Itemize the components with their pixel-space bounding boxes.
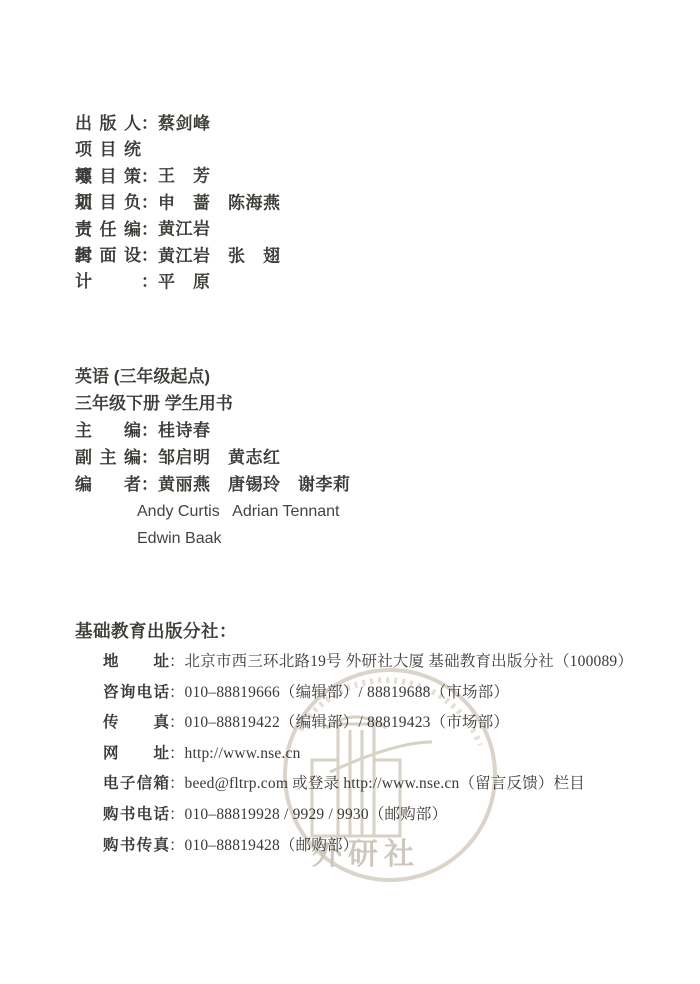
row-order-phone: 购书电话：010–88819928 / 9929 / 9930（邮购部） <box>75 800 633 831</box>
row-executive-editor: 责任编辑：黄江岩 张 翅 <box>75 217 281 243</box>
row-label: 传真 <box>103 708 169 739</box>
row-label: 购书传真 <box>103 831 169 862</box>
division-heading: 基础教育出版分社： <box>75 616 633 647</box>
label-colon: ： <box>169 831 185 862</box>
row-value: 北京市西三环北路19号 外研社大厦 基础教育出版分社（100089） <box>185 653 634 670</box>
book-volume-title: 三年级下册 学生用书 <box>75 390 351 417</box>
book-editors-block: 英语 (三年级起点) 三年级下册 学生用书 主编：桂诗春 副主编：邹启明 黄志红… <box>75 363 351 552</box>
row-label: 电子信箱 <box>103 769 169 800</box>
row-label: 封面设计 <box>75 243 141 296</box>
row-website: 网址：http://www.nse.cn <box>75 739 633 770</box>
staff-credits-block: 出版人：蔡剑峰 项目统筹：王 芳 项目策划：申 蔷 陈海燕 项目负责：黄江岩 责… <box>75 111 281 269</box>
row-value: 黄丽燕 唐锡玲 谢李莉 <box>158 475 351 494</box>
row-value: 邹启明 黄志红 <box>158 448 281 467</box>
label-colon: ： <box>169 769 185 800</box>
row-value: 蔡剑峰 <box>158 114 211 133</box>
row-email: 电子信箱：beed@fltrp.com 或登录 http://www.nse.c… <box>75 769 633 800</box>
label-colon: ： <box>141 471 158 498</box>
row-fax: 传真：010–88819422（编辑部）/ 88819423（市场部） <box>75 708 633 739</box>
row-value: http://www.nse.cn <box>185 745 301 762</box>
row-label: 网址 <box>103 739 169 770</box>
label-colon: ： <box>141 444 158 471</box>
row-value: 010–88819928 / 9929 / 9930（邮购部） <box>185 806 448 823</box>
row-chief-editor: 主编：桂诗春 <box>75 417 351 444</box>
row-value: beed@fltrp.com 或登录 http://www.nse.cn（留言反… <box>185 775 585 792</box>
row-value: 010–88819428（邮购部） <box>185 837 359 854</box>
row-label: 副主编 <box>75 444 141 471</box>
label-colon: ： <box>169 800 185 831</box>
row-value: 平 原 <box>158 272 211 291</box>
row-label: 地址 <box>103 647 169 678</box>
label-colon: ： <box>169 647 185 678</box>
row-label: 咨询电话 <box>103 678 169 709</box>
row-publisher: 出版人：蔡剑峰 <box>75 111 281 137</box>
row-label: 购书电话 <box>103 800 169 831</box>
row-value: 010–88819666（编辑部）/ 88819688（市场部） <box>185 684 510 701</box>
row-address: 地址：北京市西三环北路19号 外研社大厦 基础教育出版分社（100089） <box>75 647 633 678</box>
label-colon: ： <box>169 739 185 770</box>
row-project-coordinator: 项目统筹：王 芳 <box>75 137 281 163</box>
row-editors: 编者：黄丽燕 唐锡玲 谢李莉 <box>75 471 351 498</box>
label-colon: ： <box>169 708 185 739</box>
row-deputy-chief-editor: 副主编：邹启明 黄志红 <box>75 444 351 471</box>
label-colon: ： <box>169 678 185 709</box>
book-series-title: 英语 (三年级起点) <box>75 363 351 390</box>
editors-english-line-2: Edwin Baak <box>75 525 351 552</box>
row-inquiry-phone: 咨询电话：010–88819666（编辑部）/ 88819688（市场部） <box>75 678 633 709</box>
row-order-fax: 购书传真：010–88819428（邮购部） <box>75 831 633 862</box>
row-label: 编者 <box>75 471 141 498</box>
label-colon: ： <box>141 417 158 444</box>
row-label: 出版人 <box>75 111 141 137</box>
row-label: 主编 <box>75 417 141 444</box>
division-contact-block: 基础教育出版分社： 地址：北京市西三环北路19号 外研社大厦 基础教育出版分社（… <box>75 616 633 861</box>
editors-english-line-1: Andy Curtis Adrian Tennant <box>75 498 351 525</box>
row-project-planning: 项目策划：申 蔷 陈海燕 <box>75 164 281 190</box>
row-value: 010–88819422（编辑部）/ 88819423（市场部） <box>185 714 510 731</box>
label-colon: ： <box>141 111 158 137</box>
label-colon: ： <box>141 269 158 295</box>
colophon-page: 外研社 出版人：蔡剑峰 项目统筹：王 芳 项目策划：申 蔷 陈海燕 项目负责：黄… <box>0 0 700 984</box>
row-value: 桂诗春 <box>158 421 211 440</box>
